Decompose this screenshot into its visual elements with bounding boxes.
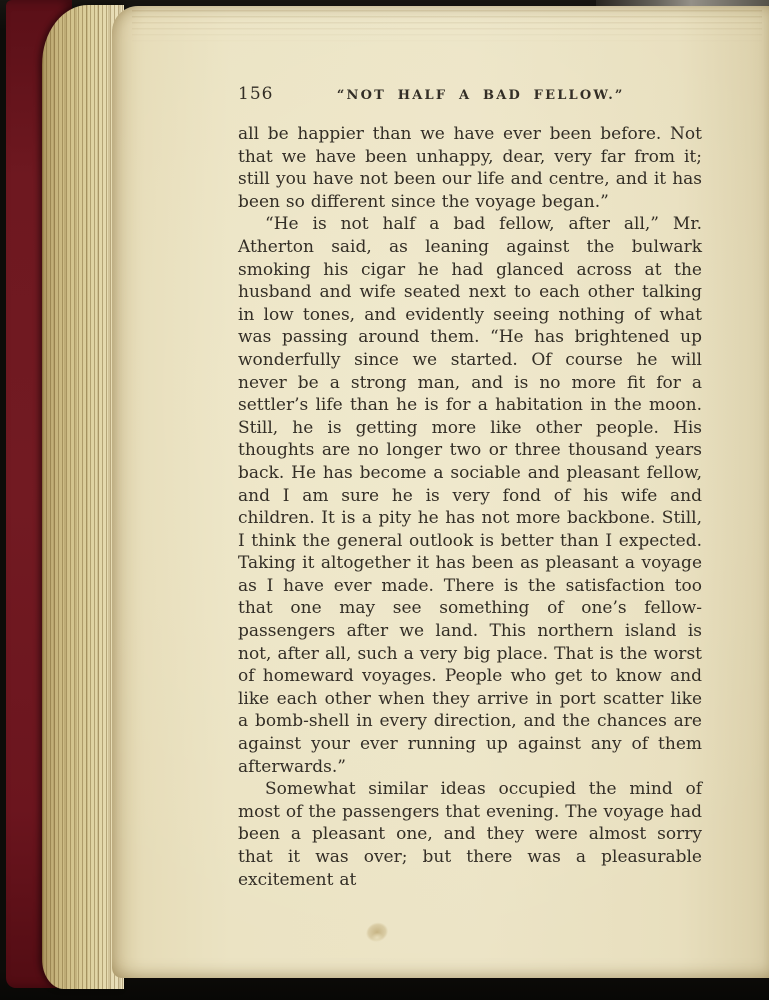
body-paragraph: Somewhat similar ideas occupied the mind… [238,778,702,891]
page-number: 156 [238,84,273,104]
running-title: “NOT HALF A BAD FELLOW.” [273,88,702,103]
page-header: 156 “NOT HALF A BAD FELLOW.” [238,84,702,106]
page-content: 156 “NOT HALF A BAD FELLOW.” all be happ… [238,84,702,891]
body-paragraph: all be happier than we have ever been be… [238,123,702,213]
page-top-edges [132,10,762,44]
body-paragraph: “He is not half a bad fellow, after all,… [238,213,702,778]
book-photo: 156 “NOT HALF A BAD FELLOW.” all be happ… [0,0,769,1000]
body-text: all be happier than we have ever been be… [238,123,702,891]
